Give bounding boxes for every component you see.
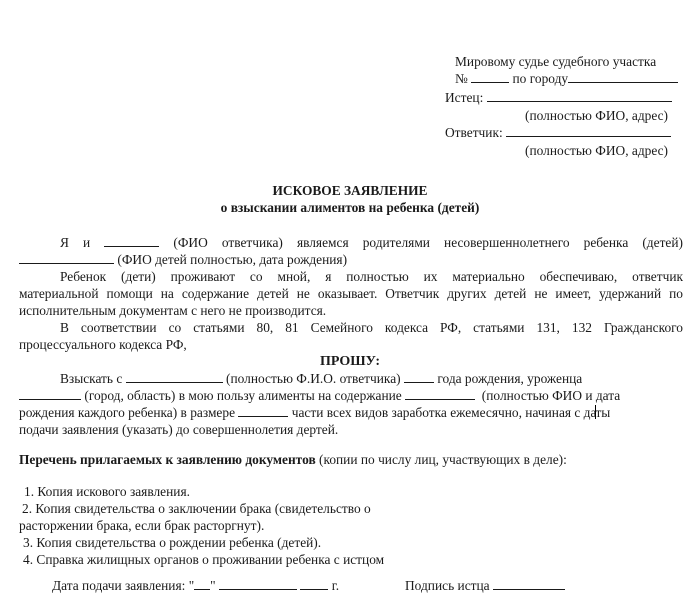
defendant-name-field[interactable] <box>104 245 159 247</box>
defendant-fullname-field[interactable] <box>126 381 223 383</box>
defendant-label: Ответчик: <box>445 125 503 140</box>
signature-field[interactable] <box>493 588 565 590</box>
date-line: Дата подачи заявления: "" г. <box>52 578 339 594</box>
plaintiff-field[interactable] <box>487 100 672 102</box>
text: Взыскать с <box>60 371 122 386</box>
text: ты <box>595 405 610 420</box>
defendant-line: Ответчик: <box>445 125 671 141</box>
day-field[interactable] <box>194 588 210 590</box>
attachment-item: 3. Копия свидетельства о рождении ребенк… <box>23 535 687 551</box>
text: (полностью ФИО и дата <box>482 388 620 403</box>
attachment-item: 4. Справка жилищных органов о проживании… <box>23 552 687 568</box>
paragraph-1-line-2: (ФИО детей полностью, дата рождения) <box>19 252 683 268</box>
text: (ФИО ответчика) являемся родителями несо… <box>173 235 683 250</box>
plaintiff-line: Истец: <box>445 90 672 106</box>
request-line-4: подачи заявления (указать) до совершенно… <box>19 422 683 438</box>
attachment-item: расторжении брака, если брак расторгнут)… <box>19 518 683 534</box>
children-name-field[interactable] <box>19 262 114 264</box>
paragraph-3-line-1: В соответствии со статьями 80, 81 Семейн… <box>19 320 683 336</box>
text: (ФИО детей полностью, дата рождения) <box>117 252 347 267</box>
birth-year-field[interactable] <box>404 381 434 383</box>
year-field[interactable] <box>300 588 328 590</box>
child-name-field[interactable] <box>405 398 475 400</box>
request-heading: ПРОШУ: <box>0 354 700 370</box>
plaintiff-hint: (полностью ФИО, адрес) <box>525 108 668 124</box>
text: рождения каждого ребенка) в размере <box>19 405 235 420</box>
request-line-1: Взыскать с (полностью Ф.И.О. ответчика) … <box>19 371 700 387</box>
paragraph-1-line-1: Я и (ФИО ответчика) являемся родителями … <box>19 235 683 251</box>
paragraph-3-line-2: процессуального кодекса РФ, <box>19 337 683 353</box>
number-prefix: № <box>455 71 468 86</box>
paragraph-2-line-2: материальной помощи на содержание детей … <box>19 286 683 302</box>
text: года рождения, уроженца <box>437 371 582 386</box>
city-label: по городу <box>513 71 569 86</box>
share-field[interactable] <box>238 415 288 417</box>
text: г. <box>332 578 339 593</box>
plaintiff-label: Истец: <box>445 90 483 105</box>
text: Я и <box>60 235 90 250</box>
signature-line: Подпись истца <box>405 578 565 594</box>
city-field[interactable] <box>568 81 678 83</box>
text: " <box>210 578 215 593</box>
paragraph-2-line-3: исполнительным документам с него не прои… <box>19 303 683 319</box>
attachment-item: 1. Копия искового заявления. <box>24 484 688 500</box>
court-addressee: Мировому судье судебного участка <box>455 54 656 70</box>
defendant-hint: (полностью ФИО, адрес) <box>525 143 668 159</box>
birthplace-field[interactable] <box>19 398 81 400</box>
request-line-2: (город, область) в мою пользу алименты н… <box>19 388 683 404</box>
defendant-field[interactable] <box>506 135 671 137</box>
text: (город, область) в мою пользу алименты н… <box>84 388 401 403</box>
text: части всех видов заработка ежемесячно, н… <box>292 405 597 420</box>
text: (копии по числу лиц, участвующих в деле)… <box>316 452 567 467</box>
court-number-line: № по городу <box>455 71 678 87</box>
request-line-3: рождения каждого ребенка) в размере част… <box>19 405 683 421</box>
text: (полностью Ф.И.О. ответчика) <box>226 371 401 386</box>
document-subtitle: о взыскании алиментов на ребенка (детей) <box>0 200 700 216</box>
text: Дата подачи заявления: " <box>52 578 194 593</box>
court-number-field[interactable] <box>471 81 509 83</box>
paragraph-2-line-1: Ребенок (дети) проживают со мной, я полн… <box>19 269 683 285</box>
document-title: ИСКОВОЕ ЗАЯВЛЕНИЕ <box>0 183 700 199</box>
attachment-item: 2. Копия свидетельства о заключении брак… <box>22 501 686 517</box>
attachments-heading: Перечень прилагаемых к заявлению докумен… <box>19 452 683 468</box>
text: Подпись истца <box>405 578 490 593</box>
month-field[interactable] <box>219 588 297 590</box>
text: Перечень прилагаемых к заявлению докумен… <box>19 452 316 467</box>
